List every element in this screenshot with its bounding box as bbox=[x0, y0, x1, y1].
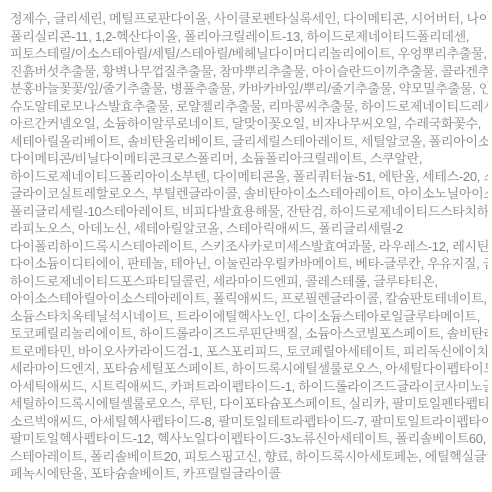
ingredient-line: 정제수, 글리세린, 메틸프로판다이올, 사이클로펜타실록세인, 다이메티콘, … bbox=[10, 10, 488, 28]
ingredient-line: 진흙버섯추출물, 황벽나무껍질추출물, 참마뿌리추출물, 아이슬란드이끼추출물,… bbox=[10, 63, 488, 81]
ingredient-line: 아세틱애씨드, 시트릭애씨드, 카퍼트라이펩타이드-1, 하이드롤라이즈드글라이… bbox=[10, 378, 488, 396]
ingredient-list: 정제수, 글리세린, 메틸프로판다이올, 사이클로펜타실록세인, 다이메티콘, … bbox=[0, 0, 492, 492]
ingredient-line: 다이폴리하이드록시스테아레이트, 스키조사카로미세스발효여과물, 라우레스-12… bbox=[10, 238, 488, 256]
ingredient-line: 분홍바늘꽃꽃/잎/줄기추출물, 병풀추출물, 카바카바잎/뿌리/줄기추출물, 약… bbox=[10, 80, 488, 98]
ingredient-line: 글라이코실트레할로오스, 부틸렌글라이콜, 솔비탄아이소스테아레이트, 아이소노… bbox=[10, 185, 488, 203]
ingredient-line: 아르간커넬오일, 소듐하이알루로네이트, 달맞이꽃오일, 비자나무씨오일, 수레… bbox=[10, 115, 488, 133]
ingredient-line: 페녹시에탄올, 포타슘솔베이트, 카프릴릴글라이콜 bbox=[10, 465, 488, 483]
ingredient-line: 세틸하이드록시에틸셀룰로오스, 루틴, 다이포타슘포스페이트, 실리카, 팔미토… bbox=[10, 395, 488, 413]
ingredient-line: 폴리실리콘-11, 1,2-헥산다이올, 폴리아크릴레이트-13, 하이드로제네… bbox=[10, 28, 488, 46]
ingredient-line: 다이메티콘/비닐다이메티콘크로스폴리머, 소듐폴리아크릴레이트, 스쿠알란, bbox=[10, 150, 488, 168]
ingredient-line: 다이소듐이디티에이, 판테놀, 테아닌, 이눌린라우릴카바메이트, 베타-글루칸… bbox=[10, 255, 488, 273]
ingredient-line: 스테아레이트, 폴리솔베이트20, 피토스핑고신, 향료, 하이드록시아세토페논… bbox=[10, 448, 488, 466]
ingredient-line: 하이드로제네이티드폴리아이소부텐, 다이메티콘올, 폴리쿼터늄-51, 에탄올,… bbox=[10, 168, 488, 186]
ingredient-line: 토코페릴리놀리에이트, 하이드롤라이즈드루핀단백질, 소듐아스코빌포스페이트, … bbox=[10, 325, 488, 343]
ingredient-line: 폴리글리세릴-10스테아레이트, 비피다발효용해물, 잔탄검, 하이드로제네이티… bbox=[10, 203, 488, 221]
ingredient-line: 세테아릴올리베이트, 솔비탄올리베이트, 글리세릴스테아레이트, 세틸알코올, … bbox=[10, 133, 488, 151]
ingredient-line: 세라마이드엔지, 포타슘세틸포스페이트, 하이드록시에틸셀룰로오스, 아세틸다이… bbox=[10, 360, 488, 378]
ingredient-line: 팔미토일헥사펩타이드-12, 헥사노일다이펩타이드-3노류신아세테이트, 폴리솔… bbox=[10, 430, 488, 448]
ingredient-line: 소르빅애씨드, 아세틸헥사펩타이드-8, 팔미토일테트라펩타이드-7, 팔미토일… bbox=[10, 413, 488, 431]
ingredient-line: 라피노오스, 아데노신, 세테아릴알코올, 스테아릭애씨드, 폴리글리세릴-2 bbox=[10, 220, 488, 238]
ingredient-line: 슈도알테로모나스발효추출물, 로얄젤리추출물, 리마콩씨추출물, 하이드로제네이… bbox=[10, 98, 488, 116]
ingredient-line: 아이소스테아릴아이소스테아레이트, 폴릭애씨드, 프로필렌글라이콜, 칼슘판토테… bbox=[10, 290, 488, 308]
ingredient-line: 피토스테릴/이소스테아릴/세틸/스테아릴/베헤닐다이머디리놀리에이트, 우엉뿌리… bbox=[10, 45, 488, 63]
ingredient-line: 트로메타민, 바이오사카라이드검-1, 포스포리피드, 토코페릴아세테이트, 피… bbox=[10, 343, 488, 361]
ingredient-line: 소듐스타치옥테닐석시네이트, 트라이에틸헥사노인, 다이소듐스테아로일글루타메이… bbox=[10, 308, 488, 326]
ingredient-line: 하이드로제네이티드포스파티딜콜린, 세라마이드엔피, 콜레스테롤, 글루타티온, bbox=[10, 273, 488, 291]
